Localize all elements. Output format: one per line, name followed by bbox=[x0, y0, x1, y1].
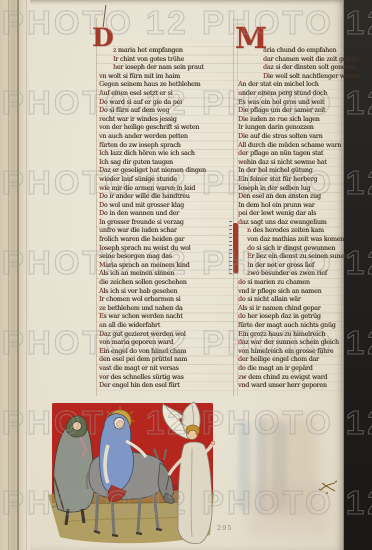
text-line: Die iuden ze rue sich lagen bbox=[238, 116, 342, 125]
text-line: Den esel an den ansten zug bbox=[238, 193, 342, 202]
text-line: Als ich si vor hab gesehen bbox=[99, 288, 235, 297]
text-line: von daz mathias zeit was komen bbox=[238, 236, 342, 245]
text-line: Als ich an meinen sinnen bbox=[99, 270, 235, 279]
text-line: Gegen seinem haus ze bethlehem bbox=[99, 81, 235, 90]
text-line: wehin daz si nicht sewme hat bbox=[238, 159, 342, 168]
text-line: der heilige engel chom dar bbox=[238, 356, 342, 365]
text-line: der pflage an nün tagen stat bbox=[238, 150, 342, 159]
text-line: den esel pei dem prüttel nam bbox=[99, 356, 235, 365]
text-line: daz si der dinsten solt genesen bbox=[238, 64, 342, 73]
left-column: z maria het empfangenIr chint von gotes … bbox=[99, 47, 235, 391]
ruling-vertical bbox=[96, 18, 97, 396]
text-line: frolich waren die heiden gar bbox=[99, 236, 235, 245]
text-line: Es was ein hol gros und weit bbox=[238, 99, 342, 108]
text-line: z maria het empfangen bbox=[99, 47, 235, 56]
text-line: Die auf die stras solten varn bbox=[238, 133, 342, 142]
binding-gutter bbox=[0, 0, 30, 550]
text-line: pei der lewt wenig dar als bbox=[238, 210, 342, 219]
text-line: Daz er geseliget hat niemen dingen bbox=[99, 167, 235, 176]
gutter-fold-line bbox=[8, 0, 9, 550]
text-line: In grosser freunde si verzag bbox=[99, 219, 235, 228]
show-through-ghost bbox=[230, 412, 340, 542]
text-line: die zeichen sollen geschehen bbox=[99, 279, 235, 288]
right-column: aria chund do empfahendar chamen weit di… bbox=[238, 47, 342, 391]
text-line: under einem perg stund doch bbox=[238, 90, 342, 99]
text-line: her ioseph der nam sein praut bbox=[99, 64, 235, 73]
text-line: vor des schnelles sürtig was bbox=[99, 374, 235, 383]
text-line: daz sagt uns daz ewangelium bbox=[238, 219, 342, 228]
text-line: recht war ir windes jessig bbox=[99, 116, 235, 125]
text-line: An der stat ein michel loch bbox=[238, 81, 342, 90]
text-line: n des herodes zeiten kam bbox=[238, 227, 342, 236]
text-line: Do wol und mit grosser klag bbox=[99, 202, 235, 211]
text-line: von maria geporen ward bbox=[99, 339, 235, 348]
text-line: In dem hol ein prunn war bbox=[238, 202, 342, 211]
quire-mark-icon bbox=[318, 480, 338, 496]
text-line: Ioseph sprach nu weist du wol bbox=[99, 245, 235, 254]
text-line: seine besorgen mag das bbox=[99, 253, 235, 262]
text-line: do her ioseph daz in getrüg bbox=[238, 313, 342, 322]
text-line: dar chamen weit die zeit gehärt bbox=[238, 56, 342, 65]
text-line: Ein feiner stat für herberg bbox=[238, 176, 342, 185]
text-line: Ein grozz haus zu himelreich bbox=[238, 331, 342, 340]
text-line: Do ir ander wille die handtreu bbox=[99, 193, 235, 202]
manuscript-photo: z maria het empfangenIr chint von gotes … bbox=[0, 0, 372, 550]
text-line: In der not er gross lief bbox=[238, 262, 342, 271]
text-line: Do in den wannen und der bbox=[99, 210, 235, 219]
text-line: do si sich ir dingst gewunnen bbox=[238, 245, 342, 254]
initial-filigree-blue bbox=[229, 221, 232, 275]
page-number: 295 bbox=[217, 524, 232, 532]
text-line: Maria sprach an meinem kind bbox=[99, 262, 235, 271]
text-line: wie mir die armen waren in laid bbox=[99, 185, 235, 194]
text-line: fürte der magt auch nichts gnüg bbox=[238, 322, 342, 331]
text-line: Ir chint von gotes trühe bbox=[99, 56, 235, 65]
text-line: von himelreich ein grosse führe bbox=[238, 348, 342, 357]
text-line: do si nicht allain wär bbox=[238, 296, 342, 305]
text-line: ze bethlehem und nahen da bbox=[99, 305, 235, 314]
text-line: daz war der sunnen schein gleich bbox=[238, 339, 342, 348]
text-line: Der engel hin den esel fürt bbox=[99, 382, 235, 391]
flight-into-egypt-miniature bbox=[42, 397, 222, 549]
text-line: unfro war die iuden schar bbox=[99, 227, 235, 236]
text-line: Die weil solt nachtlenger wesen bbox=[238, 73, 342, 82]
text-line: an all die widerfahrt bbox=[99, 322, 235, 331]
illuminated-initial-I bbox=[233, 223, 238, 273]
text-line: zw dem chind zu ewigst ward bbox=[238, 374, 342, 383]
text-line: Ioseph in der selben lug bbox=[238, 185, 342, 194]
illuminated-initial-D: D bbox=[92, 25, 114, 50]
text-line: Ein engel do von himel cham bbox=[99, 348, 235, 357]
text-line: fürten do zw ioseph sprach bbox=[99, 142, 235, 151]
text-line: Do si fürn auf dem weg bbox=[99, 107, 235, 116]
text-line: Ir iungen darin genozzen bbox=[238, 124, 342, 133]
text-line: von der heilige geschrift si weten bbox=[99, 124, 235, 133]
text-line: vn wolt si fürn mit im haim bbox=[99, 73, 235, 82]
text-line: Daz gut gezieret werden wol bbox=[99, 331, 235, 340]
text-line: Als si ir namen chind gepar bbox=[238, 305, 342, 314]
text-line: vn auch ander werden petten bbox=[99, 133, 235, 142]
text-line: Ir chomen wol erbarmen si bbox=[99, 296, 235, 305]
text-line: Do ward si auf er gie da pei bbox=[99, 99, 235, 108]
illuminated-initial-M: M bbox=[235, 24, 267, 53]
text-line: Die pflage um der samer zeit bbox=[238, 107, 342, 116]
page-edge bbox=[343, 0, 344, 550]
text-line: Auf einen esel setzt er si bbox=[99, 90, 235, 99]
text-line: wieder lauf sünige stunde bbox=[99, 176, 235, 185]
text-line: zwo besunder es zwen rief bbox=[238, 270, 342, 279]
text-line: do si marien zu chamen bbox=[238, 279, 342, 288]
text-line: In der hol michel gütung bbox=[238, 167, 342, 176]
text-line: vnd ir pflege sich an namen bbox=[238, 288, 342, 297]
text-line: Es war schon werden nacht bbox=[99, 313, 235, 322]
text-line: vnd ward unser herr geporen bbox=[238, 382, 342, 391]
text-line: Ich sag dir guten taugen bbox=[99, 159, 235, 168]
text-line: Ich lazz dich hören wie ich sach bbox=[99, 150, 235, 159]
text-line: Er liez ein dienst zu seinen sunen bbox=[238, 253, 342, 262]
text-line: All durch die müden schame warn bbox=[238, 142, 342, 151]
text-line: do die magt an ir gepärd bbox=[238, 365, 342, 374]
text-line: vast die magt er nit versas bbox=[99, 365, 235, 374]
gutter-fold-line bbox=[17, 0, 19, 550]
gutter-fold-line bbox=[26, 0, 27, 550]
